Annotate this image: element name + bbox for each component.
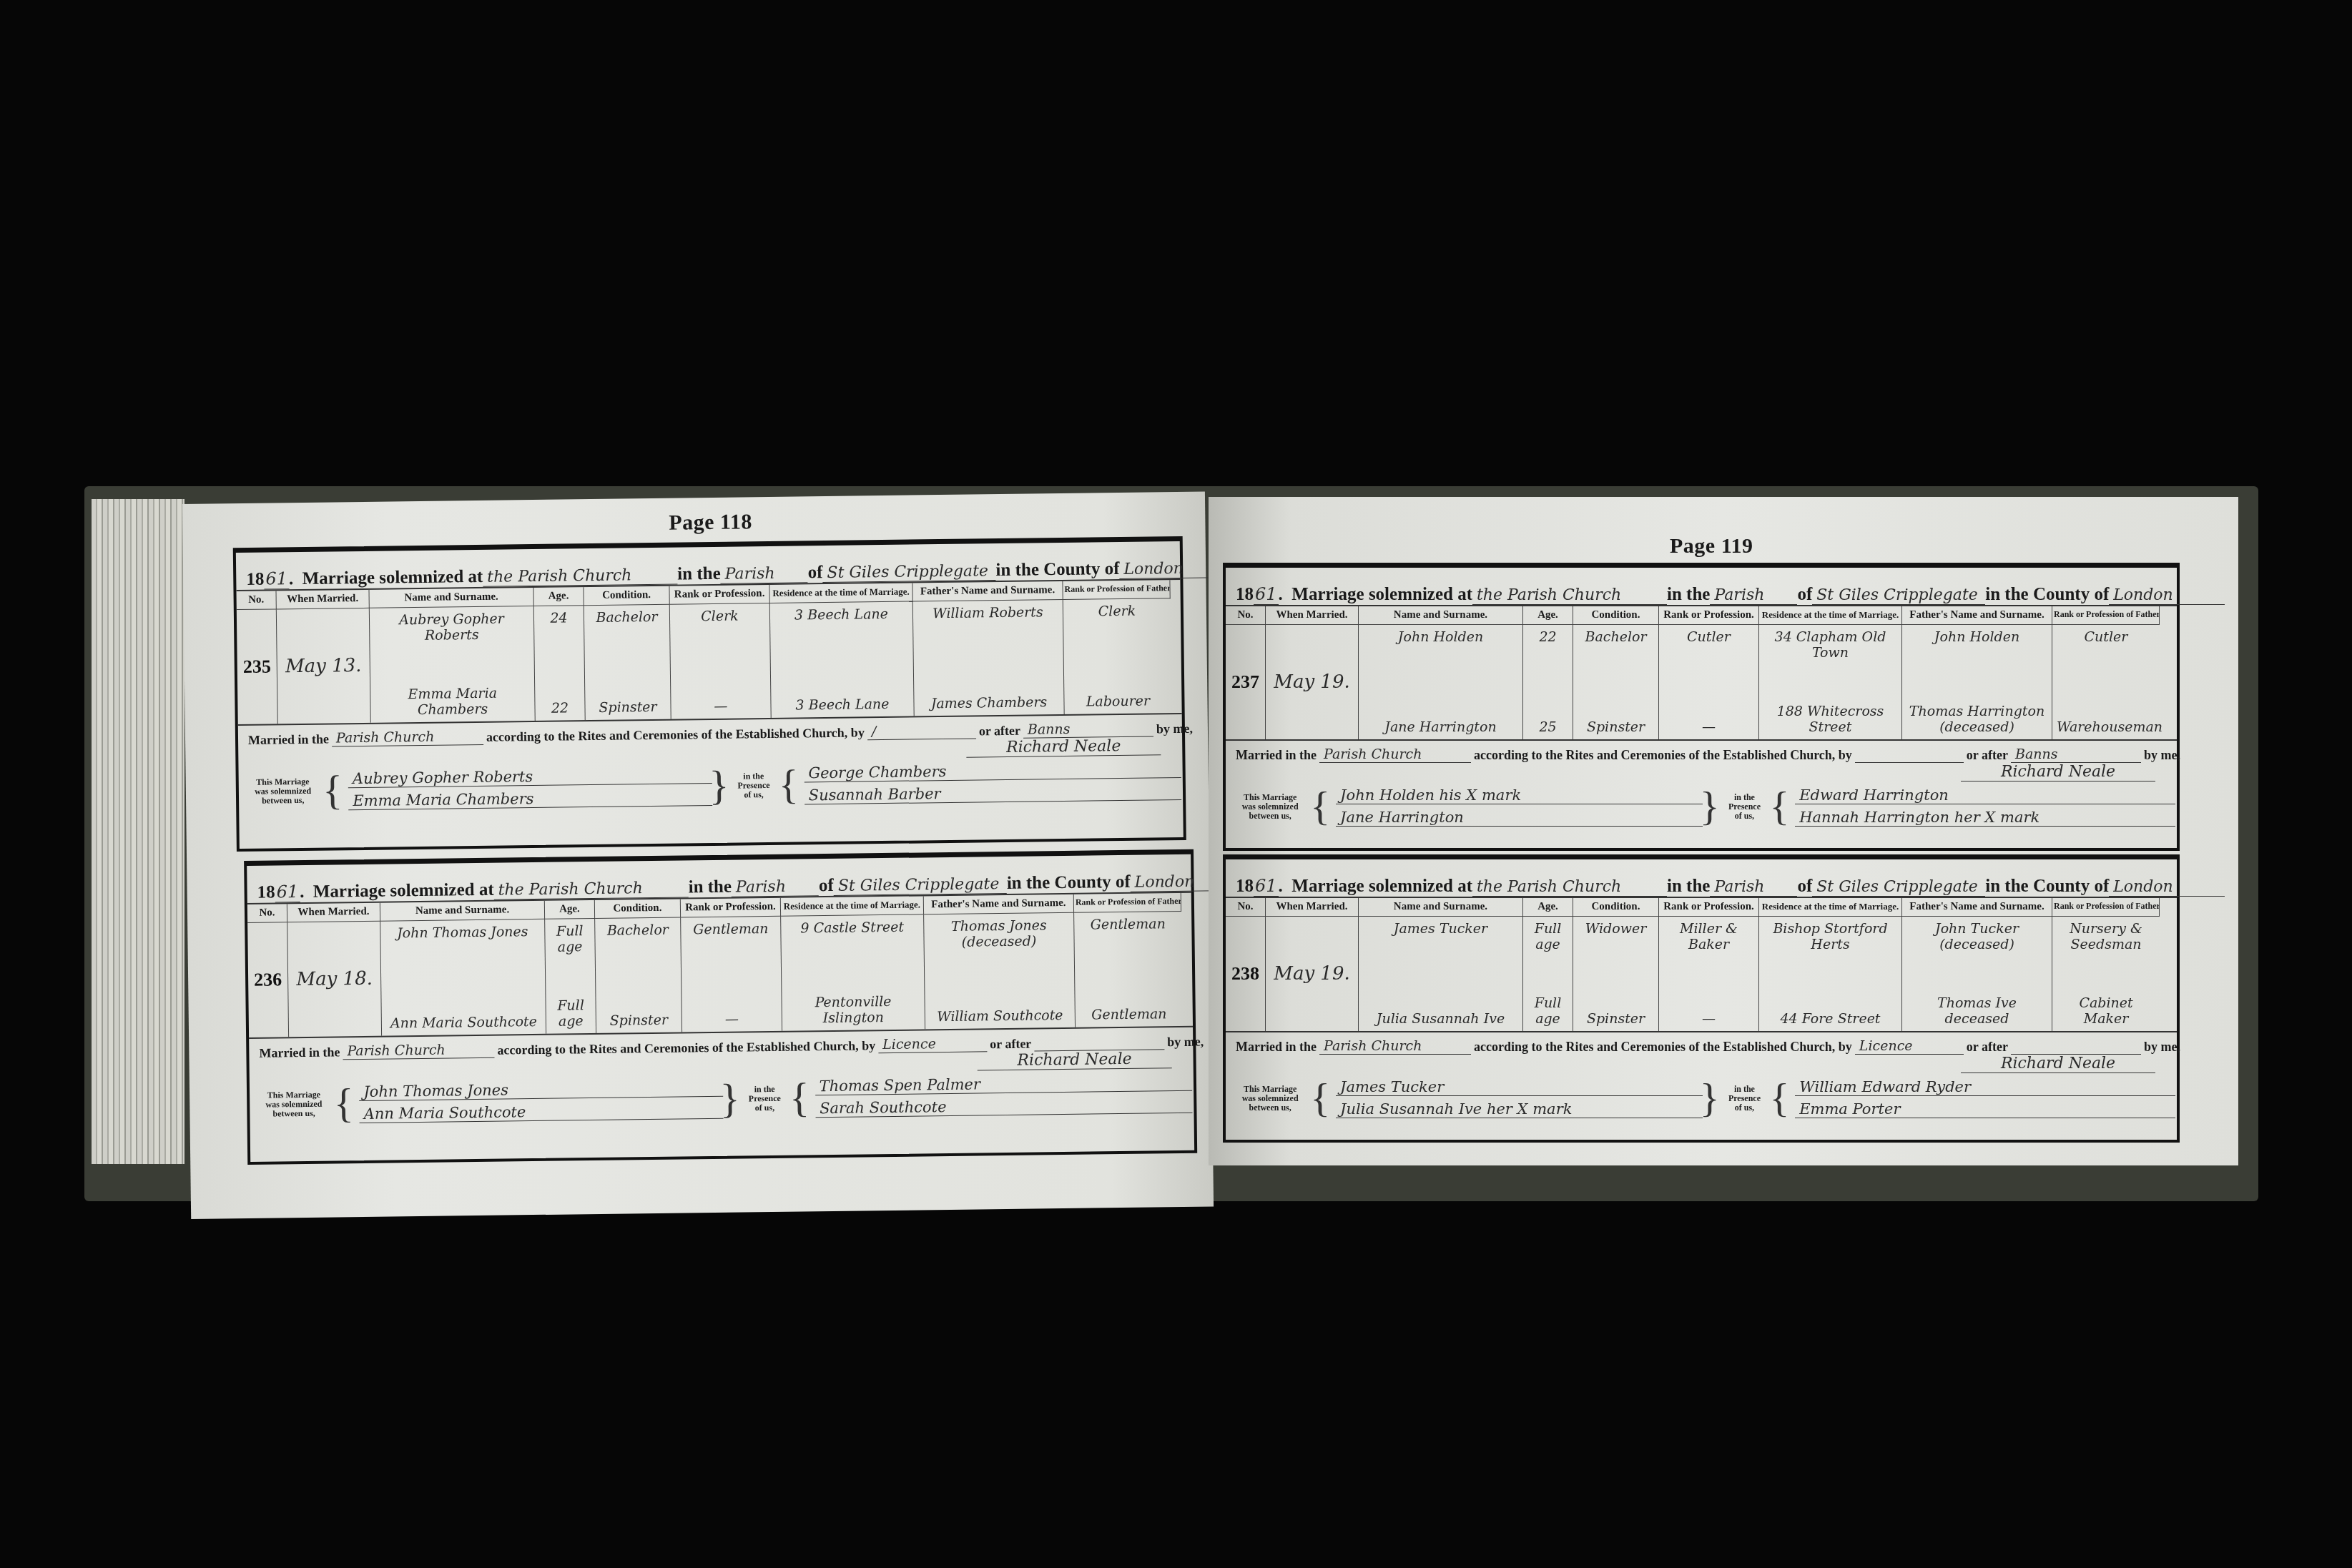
bride-age: 25 — [1527, 719, 1568, 735]
bride-father: William Southcote — [930, 1007, 1071, 1025]
bride-condition: Spinster — [589, 699, 666, 716]
label-married-in: Married in the — [1236, 748, 1317, 763]
party-signatures: James Tucker Julia Susannah Ive her X ma… — [1336, 1078, 1694, 1118]
name-cell: Aubrey Gopher RobertsEmma Maria Chambers — [370, 606, 536, 723]
brace-icon: } — [1700, 1078, 1720, 1119]
groom-residence: 34 Clapham Old Town — [1763, 629, 1897, 661]
label-in-presence: in the Presence of us, — [1725, 793, 1763, 821]
signatures-block: This Marriage was solemnized between us,… — [1226, 1073, 2177, 1125]
year-prefix: 18 — [1236, 877, 1254, 897]
groom-father-rank: Nursery & Seedsman — [2057, 921, 2155, 952]
groom-age: 24 — [538, 610, 579, 626]
page-number: Page 119 — [1670, 534, 1753, 558]
entry-headline: 1861. Marriage solemnized at the Parish … — [1226, 859, 2177, 898]
district-type-value: Parish — [1710, 878, 1797, 897]
groom-rank: Clerk — [674, 608, 765, 625]
bride-signature: Julia Susannah Ive her X mark — [1336, 1100, 1703, 1118]
bride-age: Full age — [1527, 995, 1568, 1027]
label-solemnized-at: Marriage solemnized at — [313, 880, 494, 902]
marriage-entry-238: 1861. Marriage solemnized at the Parish … — [1223, 854, 2180, 1143]
officiant-line: Richard Neale — [1226, 1055, 2177, 1073]
when-married: May 13. — [277, 608, 371, 724]
year-prefix: 18 — [246, 570, 264, 590]
groom-condition: Bachelor — [589, 609, 665, 626]
col-header-rank: Rank or Profession. — [1659, 898, 1759, 917]
officiant-signature: Richard Neale — [966, 736, 1161, 757]
groom-age: Full age — [1527, 921, 1568, 952]
married-in-value: Parish Church — [343, 1042, 494, 1060]
entry-number-value: 238 — [1230, 963, 1261, 985]
witness-1-signature: Thomas Spen Palmer — [815, 1073, 1193, 1095]
label-in-presence: in the Presence of us, — [734, 771, 773, 799]
bride-condition: Spinster — [601, 1012, 677, 1029]
bride-condition: Spinster — [1578, 1011, 1654, 1027]
groom-residence: 3 Beech Lane — [774, 606, 908, 623]
col-header-name: Name and Surname. — [369, 588, 533, 608]
label-in-the: in the — [677, 564, 721, 585]
bride-residence: 188 Whitecross Street — [1763, 704, 1897, 735]
entry-table: No. When Married. Name and Surname. Age.… — [1226, 898, 2177, 1032]
bride-rank: — — [687, 1011, 777, 1028]
brace-icon: { — [1769, 1078, 1789, 1119]
year-suffix: 61 — [275, 882, 300, 902]
page-stack-edge — [92, 499, 184, 1164]
married-in-value: Parish Church — [332, 729, 483, 747]
rank-cell: Miller & Baker— — [1659, 917, 1759, 1031]
district-value: St Giles Cripplegate — [834, 875, 1007, 896]
signatures-block: This Marriage was solemnized between us,… — [250, 1068, 1194, 1131]
entry-number: 236 — [247, 922, 289, 1037]
col-header-father-rank: Rank or Profession of Father. — [1074, 893, 1181, 913]
condition-cell: WidowerSpinster — [1573, 917, 1659, 1031]
year-suffix: 61 — [264, 568, 289, 589]
bride-father: Thomas Harrington (deceased) — [1906, 704, 2047, 735]
label-county: in the County of — [1985, 877, 2109, 897]
bride-father: Thomas Ive deceased — [1906, 995, 2047, 1027]
bride-name: Ann Maria Southcote — [386, 1014, 541, 1032]
col-header-residence: Residence at the time of Marriage. — [781, 896, 924, 916]
groom-rank: Miller & Baker — [1663, 921, 1754, 952]
or-after-value: Banns — [2011, 746, 2141, 763]
entry-number: 237 — [1226, 625, 1266, 739]
condition-cell: BachelorSpinster — [1573, 625, 1659, 739]
col-header-age: Age. — [1523, 898, 1573, 917]
bride-father-rank: Gentleman — [1080, 1006, 1179, 1023]
brace-icon: { — [323, 769, 343, 811]
father-cell: John Tucker (deceased)Thomas Ive decease… — [1902, 917, 2052, 1031]
father-rank-cell: GentlemanGentleman — [1074, 912, 1183, 1027]
col-header-when: When Married. — [1266, 898, 1359, 917]
groom-age: Full age — [549, 923, 591, 955]
age-cell: Full ageFull age — [1523, 917, 1573, 1031]
label-county: in the County of — [1007, 872, 1131, 894]
col-header-father: Father's Name and Surname. — [912, 581, 1063, 602]
groom-residence: Bishop Stortford Herts — [1763, 921, 1897, 952]
father-cell: William RobertsJames Chambers — [913, 600, 1065, 716]
when-married: May 19. — [1266, 917, 1359, 1031]
witness-2-signature: Sarah Southcote — [815, 1095, 1193, 1118]
bride-condition: Spinster — [1578, 719, 1654, 735]
bride-father-rank: Warehouseman — [2057, 719, 2155, 735]
groom-father: William Roberts — [917, 604, 1058, 621]
col-header-condition: Condition. — [595, 899, 681, 919]
col-header-name: Name and Surname. — [1359, 606, 1523, 625]
label-by-me: by me, — [1167, 1035, 1204, 1050]
label-by-me: by me, — [1156, 721, 1193, 737]
entry-number-value: 236 — [252, 969, 283, 991]
when-married-value: May 19. — [1270, 671, 1354, 693]
col-header-residence: Residence at the time of Marriage. — [1759, 606, 1902, 625]
married-in-line: Married in the Parish Church according t… — [1226, 1032, 2177, 1055]
bride-age: 22 — [539, 700, 580, 716]
col-header-father: Father's Name and Surname. — [1902, 606, 2052, 625]
brace-icon: { — [778, 764, 799, 806]
entry-table: No. When Married. Name and Surname. Age.… — [236, 580, 1181, 726]
year-suffix: 61 — [1254, 584, 1279, 605]
groom-name: James Tucker — [1363, 921, 1518, 937]
brace-icon: { — [789, 1077, 810, 1118]
brace-icon: } — [719, 1078, 740, 1120]
signatures-block: This Marriage was solemnized between us,… — [1226, 781, 2177, 833]
bride-name: Julia Susannah Ive — [1363, 1011, 1518, 1027]
district-type-value: Parish — [1710, 586, 1797, 605]
entry-table: No. When Married. Name and Surname. Age.… — [1226, 606, 2177, 741]
district-type-value: Parish — [721, 564, 808, 583]
register-page-118: Page 118 1861. Marriage solemnized at th… — [182, 492, 1214, 1219]
label-married-in: Married in the — [1236, 1040, 1317, 1055]
witness-2-signature: Susannah Barber — [804, 782, 1182, 804]
district-type-value: Parish — [732, 877, 819, 897]
label-in-the: in the — [1667, 585, 1710, 605]
groom-name: Aubrey Gopher Roberts — [374, 611, 530, 644]
groom-condition: Bachelor — [599, 922, 676, 939]
col-header-father-rank: Rank or Profession of Father. — [1063, 580, 1170, 600]
witness-1-signature: George Chambers — [804, 760, 1181, 782]
label-by-me: by me, — [2144, 1040, 2180, 1055]
officiant-signature: Richard Neale — [1961, 763, 2155, 781]
groom-father-rank: Clerk — [1068, 603, 1166, 620]
father-rank-cell: CutlerWarehouseman — [2052, 625, 2160, 739]
period: . — [289, 569, 302, 589]
bride-rank: — — [1663, 719, 1754, 735]
groom-rank: Cutler — [1663, 629, 1754, 645]
entry-number: 235 — [237, 609, 278, 724]
bride-father-rank: Cabinet Maker — [2057, 995, 2155, 1027]
groom-signature: John Holden his X mark — [1336, 787, 1703, 804]
place-value: the Parish Church — [1472, 586, 1667, 605]
marriage-entry-236: 1861. Marriage solemnized at the Parish … — [244, 849, 1197, 1165]
col-header-residence: Residence at the time of Marriage. — [769, 583, 912, 603]
by-value: / — [867, 722, 976, 740]
residence-cell: 9 Castle StreetPentonville Islington — [781, 914, 925, 1030]
groom-father: John Tucker (deceased) — [1906, 921, 2047, 952]
label-in-presence: in the Presence of us, — [1725, 1085, 1763, 1113]
register-page-119: Page 119 1861. Marriage solemnized at th… — [1209, 497, 2238, 1165]
label-in-presence: in the Presence of us, — [745, 1084, 784, 1113]
label-solemnized-between: This Marriage was solemnized between us, — [260, 1090, 328, 1118]
by-value: Licence — [1855, 1038, 1964, 1055]
rank-cell: Cutler— — [1659, 625, 1759, 739]
col-header-no: No. — [1226, 606, 1266, 625]
label-county: in the County of — [1985, 585, 2109, 605]
father-rank-cell: ClerkLabourer — [1063, 598, 1172, 714]
label-in-the: in the — [1667, 877, 1710, 897]
father-rank-cell: Nursery & SeedsmanCabinet Maker — [2052, 917, 2160, 1031]
groom-father-rank: Gentleman — [1078, 916, 1177, 933]
year-prefix: 18 — [1236, 585, 1254, 605]
col-header-name: Name and Surname. — [380, 901, 545, 922]
witness-2-signature: Hannah Harrington her X mark — [1795, 809, 2175, 827]
col-header-condition: Condition. — [1573, 898, 1659, 917]
col-header-age: Age. — [1523, 606, 1573, 625]
label-married-in: Married in the — [259, 1045, 340, 1060]
bride-name: Emma Maria Chambers — [375, 685, 531, 719]
when-married-value: May 19. — [1270, 963, 1354, 985]
col-header-residence: Residence at the time of Marriage. — [1759, 898, 1902, 917]
label-or-after: or after — [990, 1037, 1031, 1052]
condition-cell: BachelorSpinster — [595, 918, 682, 1033]
entry-headline: 1861. Marriage solemnized at the Parish … — [1226, 568, 2177, 606]
rank-cell: Gentleman— — [681, 917, 782, 1032]
year-suffix: 61 — [1254, 876, 1279, 897]
age-cell: 2225 — [1523, 625, 1573, 739]
groom-name: John Thomas Jones — [385, 924, 540, 942]
col-header-when: When Married. — [1266, 606, 1359, 625]
entry-number-value: 235 — [242, 656, 272, 678]
district-value: St Giles Cripplegate — [822, 562, 995, 583]
entry-number-value: 237 — [1230, 671, 1261, 693]
groom-residence: 9 Castle Street — [785, 919, 919, 936]
label-solemnized-between: This Marriage was solemnized between us, — [1236, 793, 1304, 821]
label-according-to: according to the Rites and Ceremonies of… — [1474, 748, 1852, 763]
county-value: London — [2109, 878, 2225, 897]
brace-icon: { — [1769, 786, 1789, 827]
bride-age: Full age — [550, 997, 591, 1030]
col-header-father-rank: Rank or Profession of Father. — [2052, 606, 2160, 625]
groom-condition: Bachelor — [1578, 629, 1654, 645]
district-value: St Giles Cripplegate — [1812, 586, 1985, 605]
bride-name: Jane Harrington — [1363, 719, 1518, 735]
label-solemnized-at: Marriage solemnized at — [1291, 585, 1472, 605]
brace-icon: { — [1310, 786, 1330, 827]
name-cell: John Thomas JonesAnn Maria Southcote — [380, 919, 546, 1036]
label-of: of — [1797, 877, 1812, 897]
label-of: of — [819, 876, 834, 896]
label-of: of — [808, 563, 823, 583]
bride-residence: Pentonville Islington — [786, 993, 920, 1026]
label-solemnized-between: This Marriage was solemnized between us, — [249, 776, 318, 805]
entry-table: No. When Married. Name and Surname. Age.… — [247, 893, 1193, 1039]
father-cell: John HoldenThomas Harrington (deceased) — [1902, 625, 2052, 739]
groom-father: Thomas Jones (deceased) — [928, 917, 1070, 950]
when-married-value: May 13. — [282, 655, 365, 677]
witness-signatures: Thomas Spen Palmer Sarah Southcote — [815, 1073, 1184, 1118]
year-prefix: 18 — [257, 882, 275, 902]
condition-cell: BachelorSpinster — [584, 605, 671, 720]
married-in-value: Parish Church — [1319, 746, 1471, 763]
place-value: the Parish Church — [493, 879, 688, 899]
entry-number: 238 — [1226, 917, 1266, 1031]
bride-residence: 3 Beech Lane — [775, 696, 909, 714]
witness-1-signature: Edward Harrington — [1795, 787, 2175, 804]
officiant-signature: Richard Neale — [1961, 1055, 2155, 1073]
period: . — [1279, 585, 1292, 605]
page-number: Page 118 — [669, 510, 752, 535]
col-header-father: Father's Name and Surname. — [1902, 898, 2052, 917]
witness-signatures: William Edward Ryder Emma Porter — [1795, 1078, 2167, 1118]
label-by-me: by me, — [2144, 748, 2180, 763]
when-married: May 18. — [287, 922, 382, 1037]
groom-signature: Aubrey Gopher Roberts — [348, 766, 712, 788]
bride-signature: Ann Maria Southcote — [360, 1101, 724, 1123]
witness-signatures: George Chambers Susannah Barber — [804, 760, 1173, 804]
bride-signature: Jane Harrington — [1336, 809, 1703, 827]
label-county: in the County of — [995, 559, 1119, 581]
groom-age: 22 — [1527, 629, 1568, 645]
witness-1-signature: William Edward Ryder — [1795, 1078, 2175, 1096]
bride-father-rank: Labourer — [1068, 693, 1167, 710]
brace-icon: } — [1700, 786, 1720, 827]
groom-father: John Holden — [1906, 629, 2047, 645]
residence-cell: 3 Beech Lane3 Beech Lane — [770, 602, 915, 718]
officiant-line: Richard Neale — [1226, 763, 2177, 781]
groom-condition: Widower — [1578, 921, 1654, 937]
col-header-when: When Married. — [287, 903, 380, 923]
bride-rank: — — [1663, 1011, 1754, 1027]
label-or-after: or after — [979, 724, 1020, 739]
age-cell: 2422 — [534, 606, 586, 721]
col-header-age: Age. — [545, 900, 595, 919]
when-married: May 19. — [1266, 625, 1359, 739]
marriage-entry-237: 1861. Marriage solemnized at the Parish … — [1223, 563, 2180, 851]
label-solemnized-at: Marriage solemnized at — [1291, 877, 1472, 897]
bride-signature: Emma Maria Chambers — [348, 788, 712, 810]
bride-father: James Chambers — [918, 694, 1059, 711]
residence-cell: 34 Clapham Old Town188 Whitecross Street — [1759, 625, 1902, 739]
groom-name: John Holden — [1363, 629, 1518, 645]
party-signatures: John Holden his X mark Jane Harrington — [1336, 787, 1694, 827]
col-header-age: Age. — [533, 587, 584, 606]
place-value: the Parish Church — [483, 566, 677, 587]
witness-2-signature: Emma Porter — [1795, 1100, 2175, 1118]
age-cell: Full ageFull age — [545, 919, 596, 1034]
label-according-to: according to the Rites and Ceremonies of… — [1474, 1040, 1852, 1055]
party-signatures: John Thomas Jones Ann Maria Southcote — [359, 1079, 714, 1123]
label-solemnized-between: This Marriage was solemnized between us, — [1236, 1085, 1304, 1113]
when-married-value: May 18. — [292, 968, 376, 990]
label-married-in: Married in the — [248, 732, 329, 748]
col-header-condition: Condition. — [1573, 606, 1659, 625]
residence-cell: Bishop Stortford Herts44 Fore Street — [1759, 917, 1902, 1031]
married-in-value: Parish Church — [1319, 1038, 1471, 1055]
groom-father-rank: Cutler — [2057, 629, 2155, 645]
label-or-after: or after — [1967, 748, 2008, 763]
name-cell: John HoldenJane Harrington — [1359, 625, 1523, 739]
label-of: of — [1797, 585, 1812, 605]
bride-residence: 44 Fore Street — [1763, 1011, 1897, 1027]
col-header-no: No. — [247, 904, 287, 923]
col-header-rank: Rank or Profession. — [1659, 606, 1759, 625]
brace-icon: } — [709, 765, 729, 807]
married-in-line: Married in the Parish Church according t… — [1226, 741, 2177, 763]
brace-icon: { — [333, 1083, 354, 1124]
rank-cell: Clerk— — [670, 603, 772, 719]
father-cell: Thomas Jones (deceased)William Southcote — [924, 913, 1076, 1030]
period: . — [1279, 877, 1292, 897]
col-header-name: Name and Surname. — [1359, 898, 1523, 917]
marriage-entry-235: 1861. Marriage solemnized at the Parish … — [233, 536, 1186, 852]
col-header-no: No. — [1226, 898, 1266, 917]
col-header-condition: Condition. — [584, 586, 669, 606]
col-header-no: No. — [236, 591, 276, 610]
bride-rank: — — [675, 698, 766, 715]
col-header-father-rank: Rank or Profession of Father. — [2052, 898, 2160, 917]
col-header-rank: Rank or Profession. — [681, 898, 781, 918]
label-in-the: in the — [688, 877, 732, 898]
name-cell: James TuckerJulia Susannah Ive — [1359, 917, 1523, 1031]
witness-signatures: Edward Harrington Hannah Harrington her … — [1795, 787, 2167, 827]
col-header-rank: Rank or Profession. — [669, 585, 769, 605]
label-solemnized-at: Marriage solemnized at — [302, 567, 483, 589]
officiant-signature: Richard Neale — [977, 1050, 1171, 1070]
brace-icon: { — [1310, 1078, 1330, 1119]
col-header-when: When Married. — [276, 590, 369, 610]
place-value: the Parish Church — [1472, 878, 1667, 897]
groom-rank: Gentleman — [685, 921, 776, 938]
signatures-block: This Marriage was solemnized between us,… — [238, 755, 1183, 818]
groom-signature: John Thomas Jones — [359, 1079, 723, 1101]
by-value — [1855, 762, 1964, 763]
or-after-value: Banns — [1023, 720, 1153, 738]
label-or-after: or after — [1967, 1040, 2008, 1055]
period: . — [300, 882, 313, 902]
col-header-father: Father's Name and Surname. — [924, 894, 1074, 915]
county-value: London — [2109, 586, 2225, 605]
by-value: Licence — [878, 1035, 987, 1053]
party-signatures: Aubrey Gopher Roberts Emma Maria Chamber… — [348, 766, 704, 810]
groom-signature: James Tucker — [1336, 1078, 1703, 1096]
district-value: St Giles Cripplegate — [1812, 878, 1985, 897]
